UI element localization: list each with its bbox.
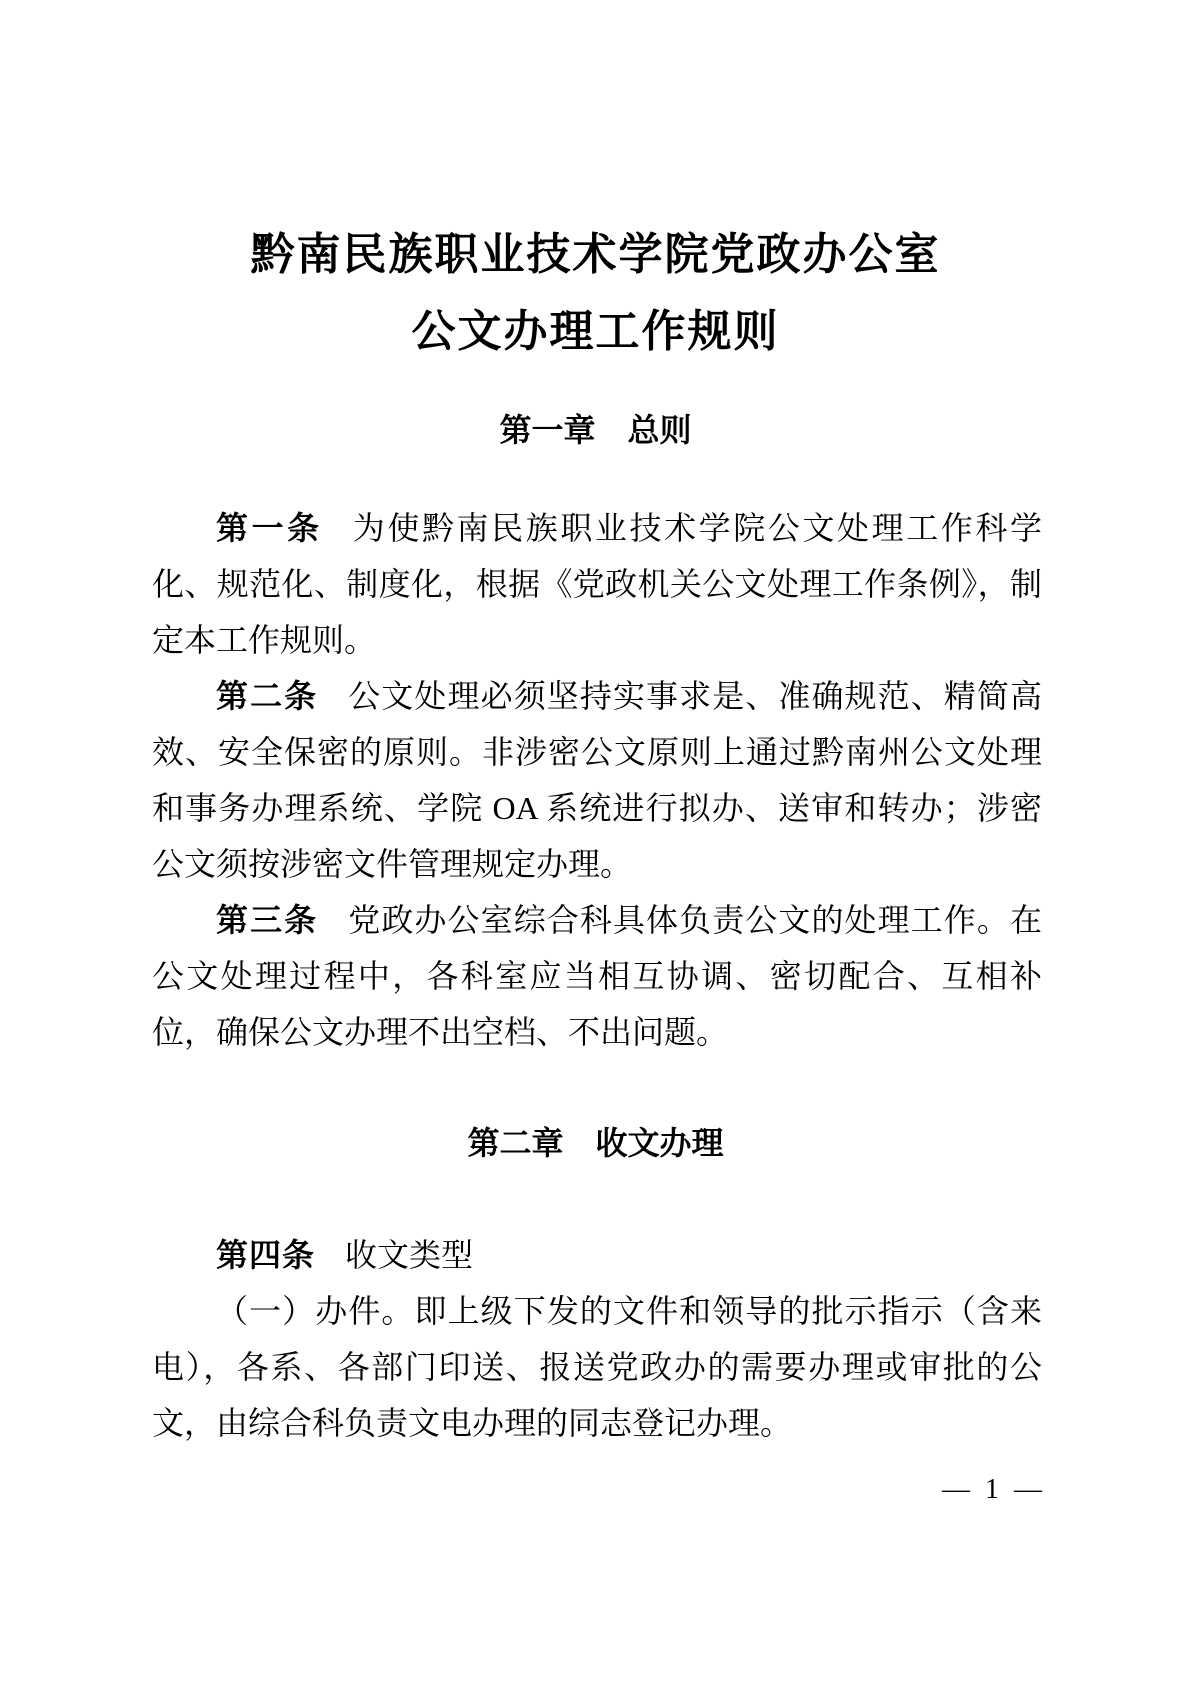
article-2-paragraph: 第二条公文处理必须坚持实事求是、准确规范、精简高效、安全保密的原则。非涉密公文原… xyxy=(152,668,1042,892)
article-2-label: 第二条 xyxy=(216,678,318,714)
article-3-label: 第三条 xyxy=(216,902,318,938)
article-3-paragraph: 第三条党政办公室综合科具体负责公文的处理工作。在公文处理过程中，各科室应当相互协… xyxy=(152,892,1042,1060)
article-4-text: 收文类型 xyxy=(345,1237,473,1273)
document-title-line-2: 公文办理工作规则 xyxy=(0,307,1191,357)
chapter-1-body: 第一条为使黔南民族职业技术学院公文处理工作科学化、规范化、制度化，根据《党政机关… xyxy=(152,500,1042,1060)
document-page: 黔南民族职业技术学院党政办公室 公文办理工作规则 第一章 总则 第一条为使黔南民… xyxy=(0,0,1191,1684)
article-4-paragraph: 第四条收文类型 xyxy=(152,1227,1042,1283)
chapter-2-heading: 第二章 收文办理 xyxy=(0,1123,1191,1163)
article-4-label: 第四条 xyxy=(216,1237,315,1273)
chapter-1-heading: 第一章 总则 xyxy=(0,410,1191,450)
document-title-line-1: 黔南民族职业技术学院党政办公室 xyxy=(0,230,1191,280)
chapter-2-item-1-paragraph: （一）办件。即上级下发的文件和领导的批示指示（含来电），各系、各部门印送、报送党… xyxy=(152,1283,1042,1451)
chapter-2-item-1-text: （一）办件。即上级下发的文件和领导的批示指示（含来电），各系、各部门印送、报送党… xyxy=(152,1293,1042,1441)
article-1-label: 第一条 xyxy=(216,510,323,546)
article-1-paragraph: 第一条为使黔南民族职业技术学院公文处理工作科学化、规范化、制度化，根据《党政机关… xyxy=(152,500,1042,668)
page-number: — 1 — xyxy=(942,1474,1046,1506)
chapter-2-body: 第四条收文类型 （一）办件。即上级下发的文件和领导的批示指示（含来电），各系、各… xyxy=(152,1227,1042,1451)
